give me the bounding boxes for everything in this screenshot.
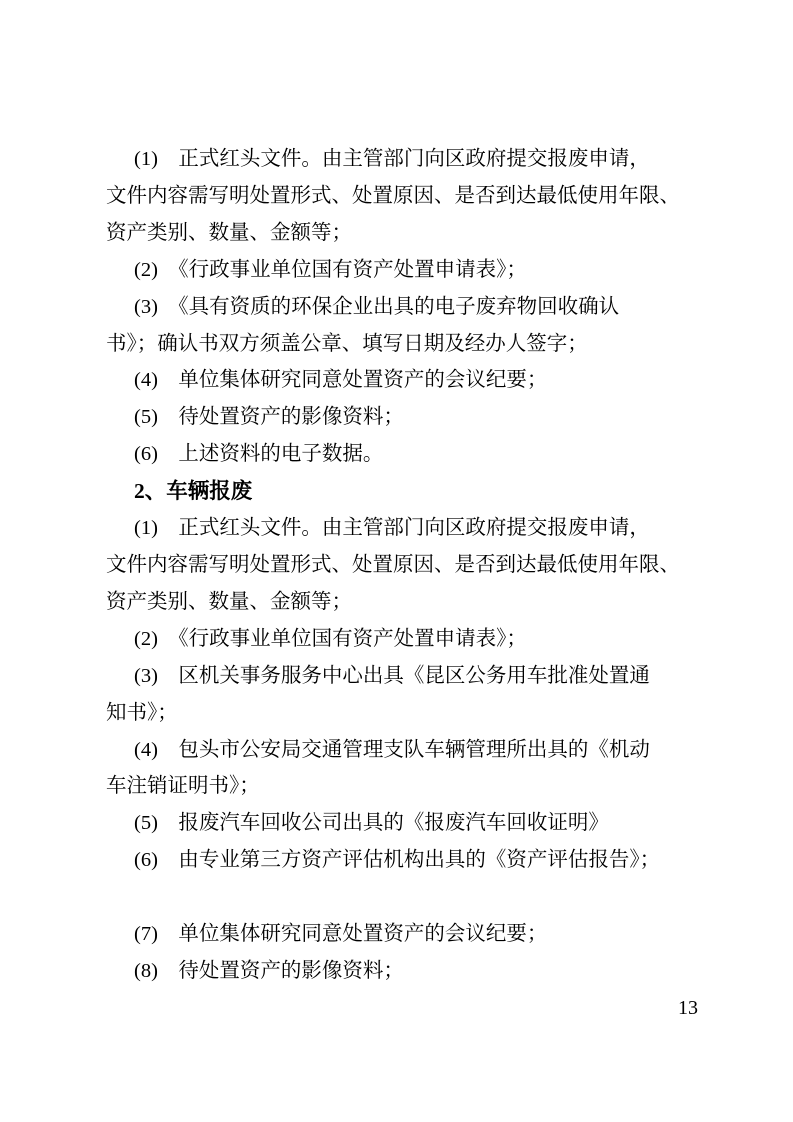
item-text: 区机关事务服务中心出具《昆区公务用车批准处置通 bbox=[158, 664, 650, 687]
section-heading: 2、车辆报废 bbox=[106, 473, 698, 510]
item-text: 《行政事业单位国有资产处置申请表》； bbox=[158, 627, 527, 650]
text-line: 知书》； bbox=[106, 695, 698, 732]
item-number: (1) bbox=[134, 517, 158, 539]
text-line: (3) 《具有资质的环保企业出具的电子废弃物回收确认 bbox=[106, 289, 698, 326]
item-number: (6) bbox=[134, 443, 158, 465]
item-number: (6) bbox=[134, 849, 158, 871]
text-line: (1) 正式红头文件。由主管部门向区政府提交报废申请， bbox=[106, 510, 698, 547]
item-text: 待处置资产的影像资料； bbox=[158, 959, 404, 982]
text-line: 书》；确认书双方须盖公章、填写日期及经办人签字； bbox=[106, 326, 698, 363]
item-number: (5) bbox=[134, 406, 158, 428]
text-line: (4) 单位集体研究同意处置资产的会议纪要； bbox=[106, 362, 698, 399]
text-line: (2) 《行政事业单位国有资产处置申请表》； bbox=[106, 621, 698, 658]
document-page: (1) 正式红头文件。由主管部门向区政府提交报废申请，文件内容需写明处置形式、处… bbox=[0, 0, 793, 1122]
item-number: 2、 bbox=[134, 479, 166, 503]
item-number: (8) bbox=[134, 960, 158, 982]
item-text: 单位集体研究同意处置资产的会议纪要； bbox=[158, 922, 548, 945]
text-line: (3) 区机关事务服务中心出具《昆区公务用车批准处置通 bbox=[106, 658, 698, 695]
text-line: 文件内容需写明处置形式、处置原因、是否到达最低使用年限、 bbox=[106, 178, 698, 215]
item-number: (3) bbox=[134, 665, 158, 687]
item-text: 《行政事业单位国有资产处置申请表》； bbox=[158, 258, 527, 281]
item-number: (2) bbox=[134, 628, 158, 650]
item-text: 由专业第三方资产评估机构出具的《资产评估报告》； bbox=[158, 848, 660, 871]
item-text: 上述资料的电子数据。 bbox=[158, 442, 384, 465]
text-line: (8) 待处置资产的影像资料； bbox=[106, 953, 698, 990]
text-line: 资产类别、数量、金额等； bbox=[106, 584, 698, 621]
item-number: (4) bbox=[134, 739, 158, 761]
item-text: 待处置资产的影像资料； bbox=[158, 405, 404, 428]
text-line: 车注销证明书》； bbox=[106, 768, 698, 805]
text-line: 文件内容需写明处置形式、处置原因、是否到达最低使用年限、 bbox=[106, 547, 698, 584]
blank-line bbox=[106, 879, 698, 916]
item-number: (5) bbox=[134, 812, 158, 834]
item-text: 单位集体研究同意处置资产的会议纪要； bbox=[158, 368, 548, 391]
item-number: (2) bbox=[134, 259, 158, 281]
text-line: (5) 待处置资产的影像资料； bbox=[106, 399, 698, 436]
text-line: 资产类别、数量、金额等； bbox=[106, 215, 698, 252]
document-content: (1) 正式红头文件。由主管部门向区政府提交报废申请，文件内容需写明处置形式、处… bbox=[106, 141, 698, 990]
item-number: (3) bbox=[134, 296, 158, 318]
item-number: (7) bbox=[134, 923, 158, 945]
item-text: 《具有资质的环保企业出具的电子废弃物回收确认 bbox=[158, 295, 619, 318]
text-line: (6) 由专业第三方资产评估机构出具的《资产评估报告》； bbox=[106, 842, 698, 879]
item-text: 车辆报废 bbox=[166, 479, 252, 503]
item-text: 正式红头文件。由主管部门向区政府提交报废申请， bbox=[158, 516, 650, 539]
item-number: (4) bbox=[134, 369, 158, 391]
item-text: 正式红头文件。由主管部门向区政府提交报废申请， bbox=[158, 147, 650, 170]
text-line: (1) 正式红头文件。由主管部门向区政府提交报废申请， bbox=[106, 141, 698, 178]
text-line: (4) 包头市公安局交通管理支队车辆管理所出具的《机动 bbox=[106, 732, 698, 769]
text-line: (7) 单位集体研究同意处置资产的会议纪要； bbox=[106, 916, 698, 953]
item-text: 报废汽车回收公司出具的《报废汽车回收证明》 bbox=[158, 811, 609, 834]
text-line: (2) 《行政事业单位国有资产处置申请表》； bbox=[106, 252, 698, 289]
text-line: (5) 报废汽车回收公司出具的《报废汽车回收证明》 bbox=[106, 805, 698, 842]
item-text: 包头市公安局交通管理支队车辆管理所出具的《机动 bbox=[158, 738, 650, 761]
item-number: (1) bbox=[134, 148, 158, 170]
text-line: (6) 上述资料的电子数据。 bbox=[106, 436, 698, 473]
page-number: 13 bbox=[678, 995, 698, 1021]
